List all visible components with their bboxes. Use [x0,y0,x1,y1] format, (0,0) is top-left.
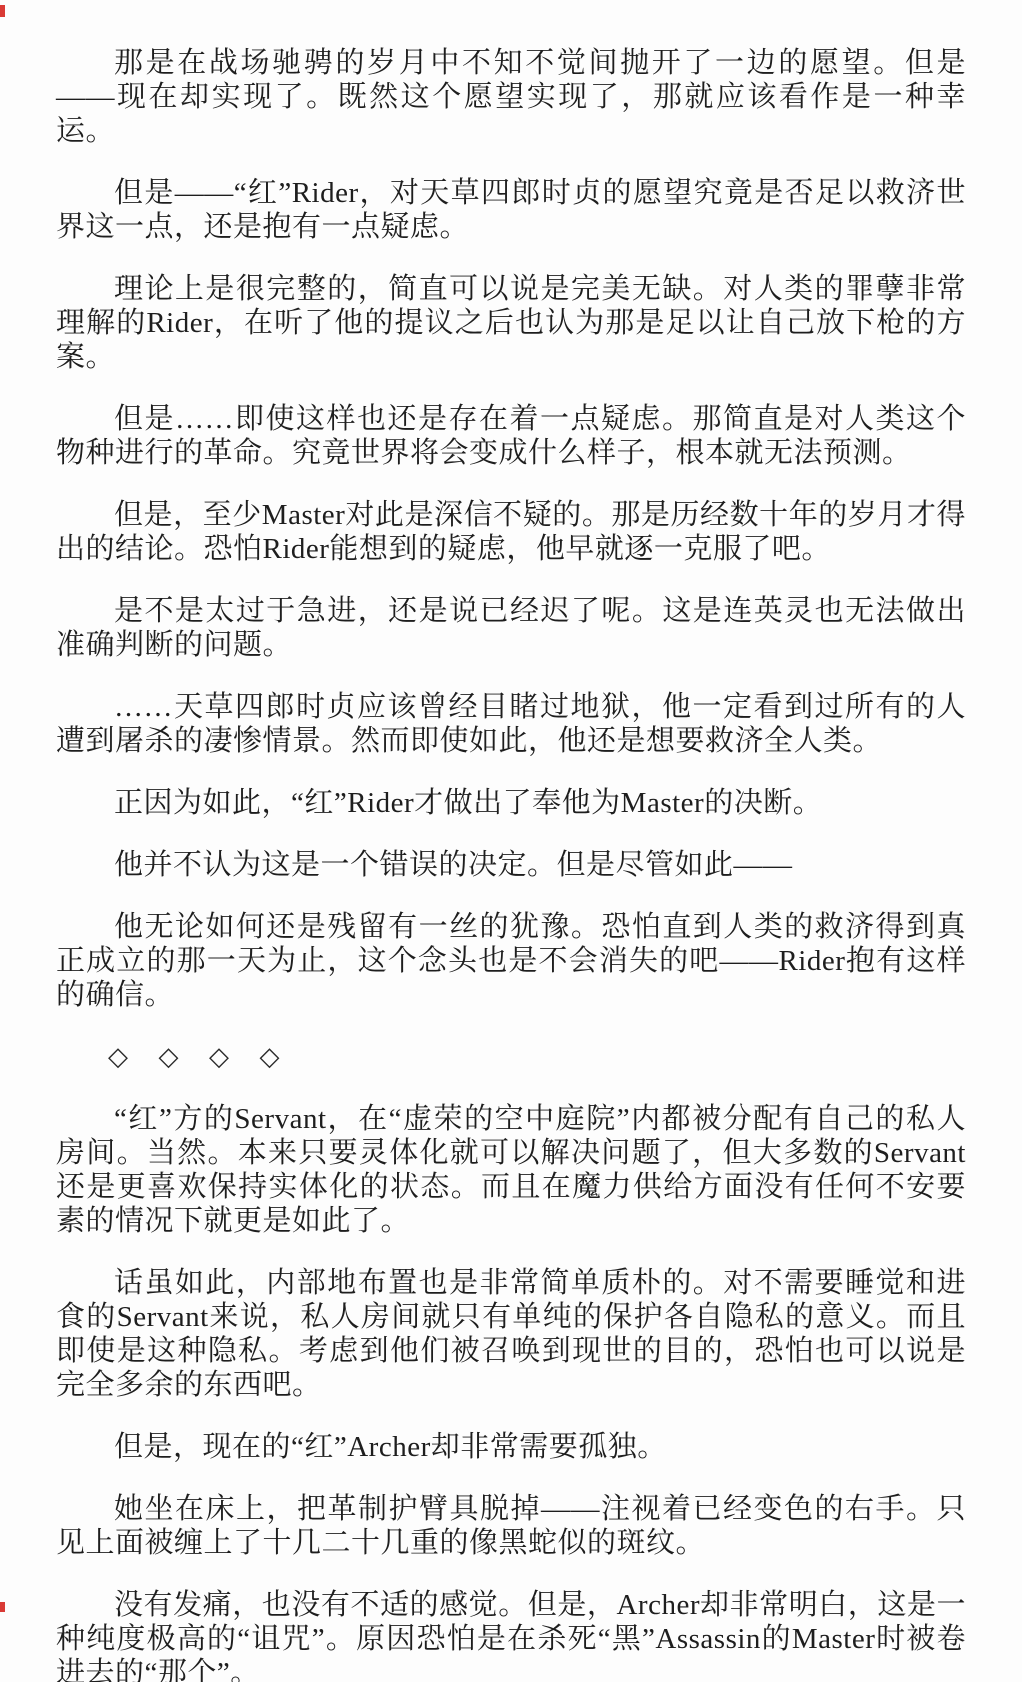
text-block: 那是在战场驰骋的岁月中不知不觉间抛开了一边的愿望。但是——现在却实现了。既然这个… [0,0,1022,1682]
novel-page: 那是在战场驰骋的岁月中不知不觉间抛开了一边的愿望。但是——现在却实现了。既然这个… [0,0,1022,1682]
paragraph: 那是在战场驰骋的岁月中不知不觉间抛开了一边的愿望。但是——现在却实现了。既然这个… [56,46,966,148]
paragraph: 但是，现在的“红”Archer却非常需要孤独。 [56,1430,966,1464]
scan-artifact-mark-top [0,5,5,17]
paragraph: 但是……即使这样也还是存在着一点疑虑。那简直是对人类这个物种进行的革命。究竟世界… [56,402,966,470]
paragraph: 没有发痛，也没有不适的感觉。但是，Archer却非常明白，这是一种纯度极高的“诅… [56,1588,966,1682]
section-divider: ◇ ◇ ◇ ◇ [56,1040,966,1074]
paragraph: 他并不认为这是一个错误的决定。但是尽管如此—— [56,848,966,882]
scan-artifact-mark-bottom [0,1602,5,1612]
paragraph: 正因为如此，“红”Rider才做出了奉他为Master的决断。 [56,786,966,820]
paragraph: 话虽如此，内部地布置也是非常简单质朴的。对不需要睡觉和进食的Servant来说，… [56,1266,966,1402]
paragraph: 但是，至少Master对此是深信不疑的。那是历经数十年的岁月才得出的结论。恐怕R… [56,498,966,566]
paragraph: “红”方的Servant，在“虚荣的空中庭院”内都被分配有自己的私人房间。当然。… [56,1102,966,1238]
paragraph: 但是——“红”Rider，对天草四郎时贞的愿望究竟是否足以救济世界这一点，还是抱… [56,176,966,244]
paragraph: ……天草四郎时贞应该曾经目睹过地狱，他一定看到过所有的人遭到屠杀的凄惨情景。然而… [56,690,966,758]
paragraph: 他无论如何还是残留有一丝的犹豫。恐怕直到人类的救济得到真正成立的那一天为止，这个… [56,910,966,1012]
paragraph: 理论上是很完整的，简直可以说是完美无缺。对人类的罪孽非常理解的Rider，在听了… [56,272,966,374]
paragraph: 她坐在床上，把革制护臂具脱掉——注视着已经变色的右手。只见上面被缠上了十几二十几… [56,1492,966,1560]
paragraph: 是不是太过于急进，还是说已经迟了呢。这是连英灵也无法做出准确判断的问题。 [56,594,966,662]
